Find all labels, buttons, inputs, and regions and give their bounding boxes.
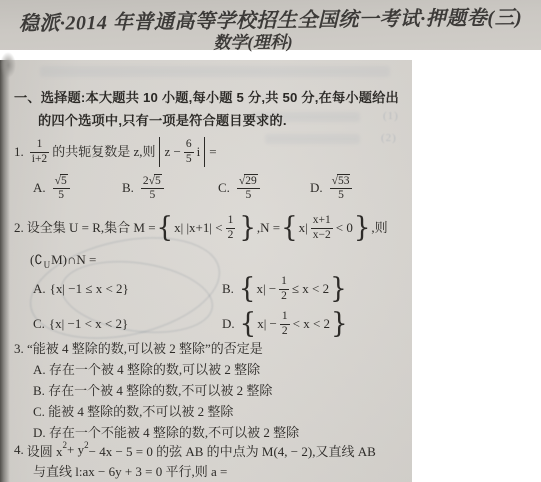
fraction: √55 [53, 174, 70, 202]
question-3-option-c: C. 能被 4 整除的数,不可以被 2 整除 [33, 401, 233, 420]
question-1-option-c: C.√295 [218, 168, 263, 206]
scanned-exam-page: 稳派·2014 年普通高等学校招生全国统一考试·押题卷(三) 数学(理科) (1… [0, 0, 541, 482]
question-2-option-d: D.{x| −12< x < 2} [222, 305, 349, 341]
question-3-stem: 3. “能被 4 整除的数,可以被 2 整除”的否定是 [14, 338, 263, 357]
question-2-stem-line2: (∁UM)∩N = [30, 248, 96, 270]
left-brace: { [157, 214, 174, 242]
fraction: 12 [226, 214, 236, 241]
abs-bar [159, 137, 160, 167]
fraction: 65 [184, 138, 194, 165]
fraction: √295 [237, 174, 260, 202]
page-corner-shadow [0, 52, 16, 78]
right-brace: } [239, 214, 256, 242]
fraction: x+1x−2 [311, 214, 333, 241]
question-2-option-b: B.{x| −12≤ x < 2} [222, 270, 348, 306]
left-brace: { [240, 310, 257, 338]
question-4-stem-line2: 与直线 l:ax − 6y + 3 = 0 平行,则 a = [33, 461, 227, 480]
question-number: 4. [14, 442, 24, 458]
left-brace: { [281, 214, 298, 242]
question-2-option-c: C.{x| −1 < x < 2} [33, 305, 128, 341]
question-3-option-b: B. 存在一个被 4 整除的数,不可以被 2 整除 [33, 380, 272, 399]
question-number: 1. [14, 134, 24, 170]
bleed-through-mark [265, 134, 360, 144]
right-brace: } [354, 214, 371, 242]
bleed-through-mark [40, 66, 390, 77]
fraction: 2√55 [141, 174, 164, 202]
fraction: 12 [280, 310, 290, 337]
exam-subtitle: 数学(理科) [0, 26, 506, 55]
question-4-stem: 4.设圆 x2+ y2− 4x − 5 = 0 的弦 AB 的中点为 M(4, … [14, 440, 376, 460]
section-header-line1: 一、选择题:本大题共 10 小题,每小题 5 分,共 50 分,在每小题给出 [14, 87, 399, 106]
page-left-edge-shadow [0, 60, 10, 482]
question-1-option-d: D.√535 [310, 168, 355, 206]
right-brace: } [330, 275, 347, 303]
question-1-option-a: A.√55 [33, 168, 73, 206]
abs-bar [204, 137, 205, 167]
question-1-option-b: B.2√55 [122, 168, 167, 206]
question-2-stem: 2.设全集 U = R,集合 M ={x| |x+1| <12},N ={x|x… [14, 208, 388, 246]
section-header-line2: 的四个选项中,只有一项是符合题目要求的. [38, 110, 287, 129]
left-brace: { [239, 275, 256, 303]
question-number: 2. [14, 209, 24, 247]
header-band: 稳派·2014 年普通高等学校招生全国统一考试·押题卷(三) 数学(理科) [0, 0, 541, 50]
bleed-through-text: (1) [383, 110, 399, 122]
question-2-option-a: A.{x| −1 ≤ x < 2} [33, 270, 129, 306]
question-1-stem: 1.1i+2的共轭复数是 z,则z −65i= [14, 133, 217, 169]
fraction: √535 [330, 174, 353, 202]
right-brace: } [331, 310, 348, 338]
fraction: 12 [279, 275, 289, 302]
fraction: 1i+2 [30, 138, 49, 165]
bleed-through-text: (2) [381, 132, 397, 144]
question-3-option-a: A. 存在一个被 4 整除的数,可以被 2 整除 [33, 359, 260, 378]
question-3-option-d: D. 存在一个不能被 4 整除的数,不可以被 2 整除 [33, 422, 299, 441]
